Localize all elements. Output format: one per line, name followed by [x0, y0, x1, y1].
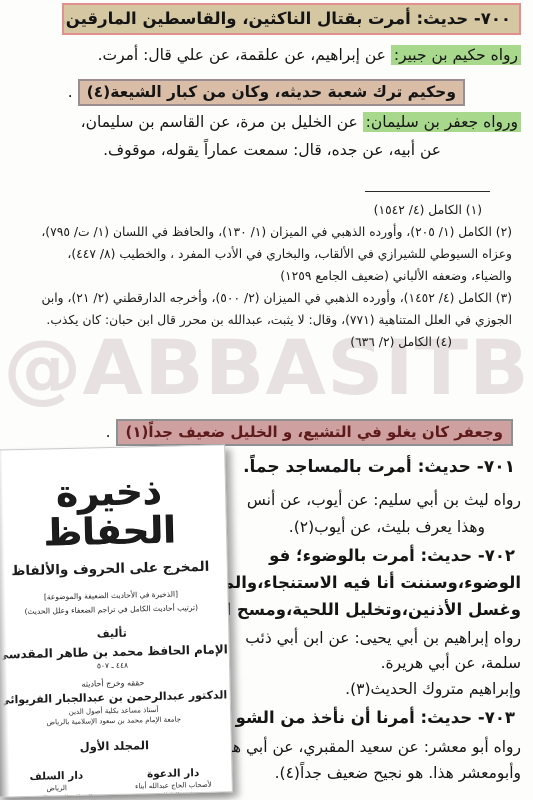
footnote-line: (١) الكامل (٤/ ١٥٤٢) — [18, 199, 482, 221]
verdict-box: وجعفر كان يغلو في التشيع، و الخليل ضعيف … — [116, 419, 514, 446]
publisher-dawah-sub: لأصحاب الحاج عبدالله أبناء (بهوبال) الهن… — [135, 781, 212, 797]
hadith-702-line-2: سلمة، عن أبي هريرة. — [381, 654, 521, 672]
book-title: ذخيرة الحفاظ — [0, 471, 226, 554]
book-volume-label: المجلد الأول — [0, 737, 231, 756]
hadith-702-heading-2: الوضوء،وسننت أنا فيه الاستنجاء،والمض — [201, 573, 521, 592]
hadith-703-line-1: رواه أبو معشر: عن سعيد المقبري، عن أبي ه… — [228, 738, 521, 756]
footnote-line: وعزاه السيوطي للشيرازي في الألقاب، والبخ… — [18, 243, 512, 265]
note-box-period: . — [68, 83, 78, 101]
footnotes-block: (١) الكامل (٤/ ١٥٤٢) (٢) الكامل (١/ ٢٠٥)… — [18, 199, 512, 353]
hadith-703-line-2: وأبومعشر هذا. هو نجيح ضعيف جداً(٤). — [275, 764, 521, 782]
publisher-dawah: دار الدعوة لأصحاب الحاج عبدالله أبناء (ب… — [135, 767, 212, 797]
footnote-line: (٣) الكامل (٤/ ١٤٥٢)، وأورده الذهبي في ا… — [18, 287, 512, 309]
publisher-salaf-name: دار السلف — [20, 770, 92, 784]
hadith-702-line-1: رواه إبراهيم بن أبي يحيى: عن ابن أبي ذئب — [245, 629, 521, 647]
narrator-chain-1: عن إبراهيم، عن علقمة، عن علي قال: أمرت. — [98, 46, 391, 64]
book-taalif-label: تأليف — [0, 625, 228, 643]
narrator-highlight-hakim: رواه حكيم بن جبير: — [391, 45, 521, 65]
publisher-dawah-name: دار الدعوة — [135, 767, 212, 781]
hadith-702-heading-1: ٧٠٢- حديث: أمرت بالوضوء؛ فو — [269, 546, 515, 565]
book-subtitle: المخرج على الحروف والألفاظ — [0, 558, 227, 579]
hadith-700-narrator-line-2: ورواه جعفر بن سليمان: عن الخليل بن مرة، … — [81, 113, 521, 131]
note-box-hakim: وحكيم ترك شعبة حديثه، وكان من كبار الشيع… — [78, 79, 465, 106]
hadith-700-narrator-line-3: عن أبيه، عن جده، قال: سمعت عماراً يقوله،… — [103, 141, 441, 159]
verdict-line: وجعفر كان يغلو في التشيع، و الخليل ضعيف … — [106, 419, 513, 446]
footnote-line: (٢) الكامل (١/ ٢٠٥)، وأورده الذهبي في ال… — [18, 221, 512, 243]
publisher-salaf-sub: الرياض المملكة العربية السعودية — [21, 784, 93, 798]
narrator-highlight-jafar: ورواه جعفر بن سليمان: — [363, 112, 521, 132]
book-editor-desc: أستاذ مساعد بكلية أصول الدين جامعة الإما… — [0, 704, 230, 730]
book-bracket-line-2: (ترتيب أحاديث الكامل في تراجم الضعفاء وع… — [0, 601, 228, 618]
hadith-700-heading-box: ٧٠٠- حديث: أمرت بقتال الناكثين، والقاسطي… — [62, 3, 521, 35]
publisher-salaf-sub-2: المملكة العربية السعودية — [21, 794, 93, 798]
hadith-700-note-line: وحكيم ترك شعبة حديثه، وكان من كبار الشيع… — [68, 79, 465, 106]
footnote-line: (٤) الكامل (٢/ ٦٣٦) — [18, 331, 452, 353]
narrator-chain-2: عن الخليل بن مرة، عن القاسم بن سليمان، — [81, 113, 363, 131]
hadith-702-heading-3: وغسل الأذنين،وتخليل اللحية،ومسح القف — [188, 600, 521, 619]
hadith-703-heading: ٧٠٣- حديث: أمرنا أن نأخذ من الشو — [236, 708, 515, 727]
hadith-701-heading: ٧٠١- حديث: أمرت بالمساجد جماً. — [243, 457, 515, 477]
scanned-book-page: @ABBASITB ٧٠٠- حديث: أمرت بقتال الناكثين… — [0, 0, 533, 800]
hadith-701-line-1: رواه ليث بن أبي سليم: عن أيوب، عن أنس — [247, 491, 521, 509]
hadith-701-line-2: وهذا يعرف بليث، عن أيوب(٢). — [289, 518, 485, 536]
hadith-702-line-3: وإبراهيم متروك الحديث(٣). — [345, 680, 521, 698]
book-cover: ذخيرة الحفاظ المخرج على الحروف والألفاظ … — [0, 444, 233, 797]
footnote-line: والضياء، وضعفه الألباني (ضعيف الجامع ١٢٥… — [18, 265, 512, 287]
footnote-line: الجوزي في العلل المتناهية (٧٧١)، وقال: ل… — [18, 309, 512, 331]
verdict-period: . — [106, 423, 116, 441]
publisher-salaf: دار السلف الرياض المملكة العربية السعودي… — [20, 770, 93, 798]
book-publishers-row: دار الدعوة لأصحاب الحاج عبدالله أبناء (ب… — [20, 767, 212, 797]
hadith-700-heading: ٧٠٠- حديث: أمرت بقتال الناكثين، والقاسطي… — [62, 9, 511, 28]
hadith-700-narrator-line-1: رواه حكيم بن جبير: عن إبراهيم، عن علقمة،… — [98, 46, 521, 64]
footnote-separator — [365, 191, 490, 192]
